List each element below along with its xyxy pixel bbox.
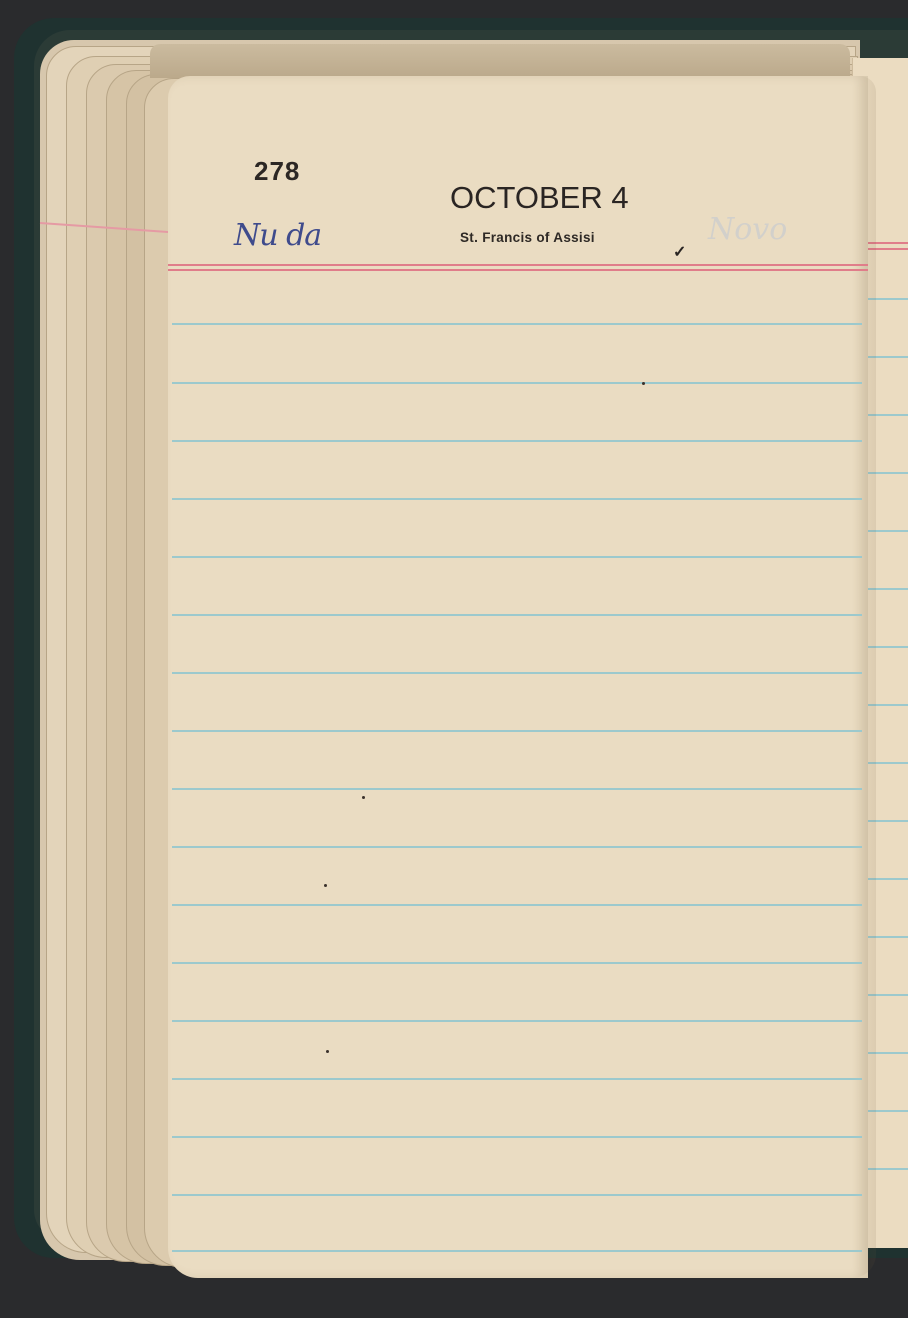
- writing-line: [172, 904, 862, 906]
- writing-line: [172, 672, 862, 674]
- page-top-edge: [150, 44, 850, 78]
- writing-line: [172, 1194, 862, 1196]
- page-number: 278: [254, 156, 300, 187]
- diary-page: 278 OCTOBER 4 St. Francis of Assisi Nu d…: [168, 76, 868, 1278]
- writing-line: [172, 846, 862, 848]
- date-heading: OCTOBER 4: [450, 180, 629, 216]
- writing-line: [172, 1250, 862, 1252]
- writing-line: [172, 323, 862, 325]
- writing-line: [172, 614, 862, 616]
- ink-speck: [324, 884, 327, 887]
- ink-speck: [362, 796, 365, 799]
- writing-line: [172, 382, 862, 384]
- header-red-rule: [168, 269, 868, 271]
- writing-line: [172, 498, 862, 500]
- ink-speck: [642, 382, 645, 385]
- writing-line: [172, 788, 862, 790]
- writing-line: [172, 1078, 862, 1080]
- writing-line: [172, 556, 862, 558]
- header-red-rule: [168, 264, 868, 266]
- writing-line: [172, 962, 862, 964]
- bleed-through-text: Novo: [708, 212, 787, 247]
- writing-line: [172, 730, 862, 732]
- page-curl-shadow: [852, 76, 876, 1278]
- writing-line: [172, 440, 862, 442]
- feast-day-label: St. Francis of Assisi: [460, 230, 595, 245]
- writing-line: [172, 1020, 862, 1022]
- ink-speck: [326, 1050, 329, 1053]
- ink-tick-mark: ✓: [673, 242, 686, 262]
- writing-line: [172, 1136, 862, 1138]
- handwritten-note: Nu da: [234, 218, 321, 253]
